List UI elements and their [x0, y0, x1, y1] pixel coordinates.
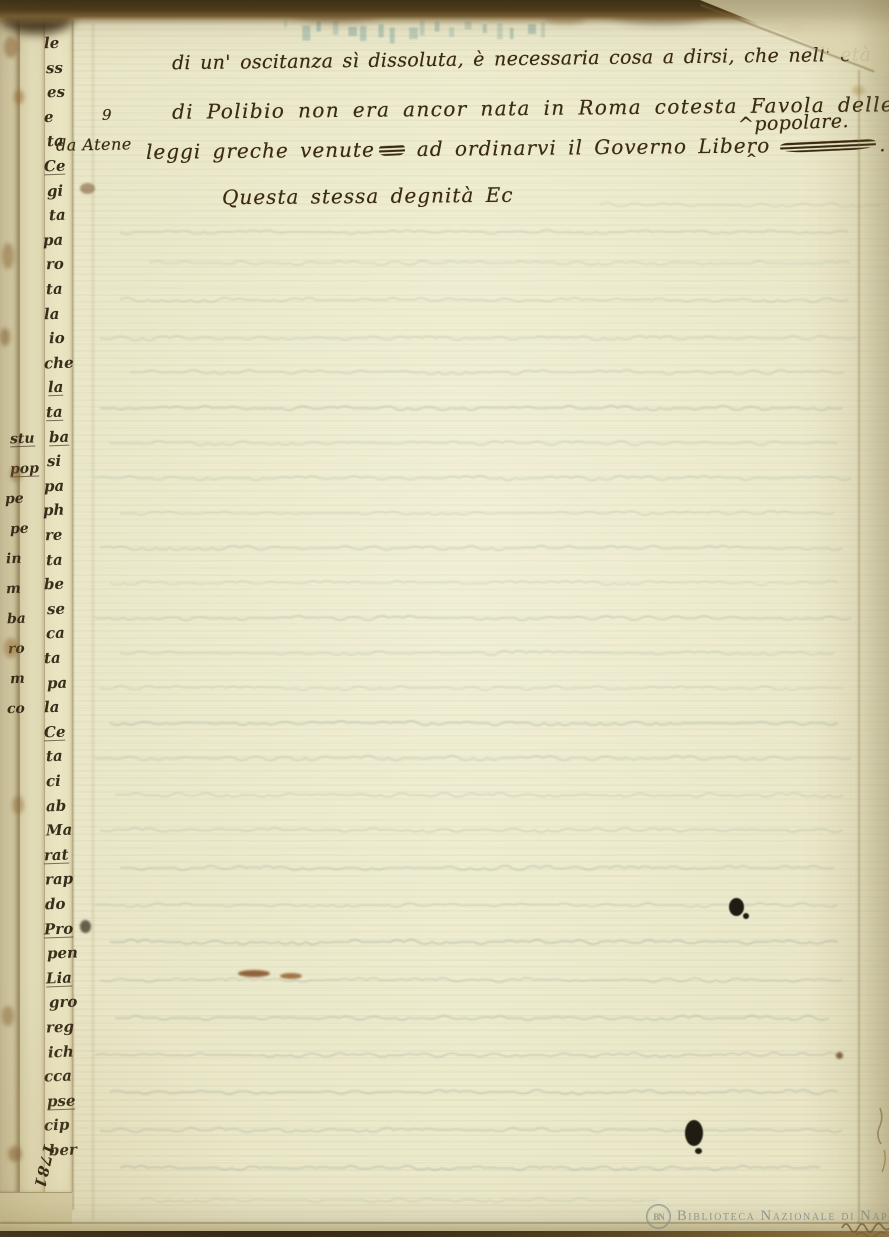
ink-blot	[743, 913, 749, 919]
ink-blot	[729, 898, 744, 916]
ghost-line	[100, 336, 856, 340]
ghost-line	[150, 261, 850, 265]
ghost-line	[110, 1090, 838, 1094]
ghost-print-heading	[390, 28, 395, 44]
ghost-print-heading	[360, 26, 367, 41]
ghost-line	[600, 203, 880, 207]
ghost-print-heading	[510, 28, 514, 39]
ghost-print-heading	[348, 27, 357, 36]
strikethrough-scribble-small	[379, 142, 406, 156]
library-monogram-icon: BN	[646, 1204, 671, 1229]
ghost-print-heading	[449, 27, 454, 37]
ghost-line	[140, 1198, 658, 1202]
margin-number: 9	[102, 106, 112, 124]
manuscript-line-3-part2: ad ordinarvi il Governo Libero	[417, 133, 771, 161]
ink-blot	[695, 1148, 702, 1154]
ghost-line	[95, 903, 837, 907]
binding-edge-outer-strip	[0, 20, 19, 1192]
ghost-line	[130, 370, 844, 374]
library-watermark: BN Biblioteca Nazionale di Napoli	[646, 1204, 889, 1229]
ghost-line	[115, 793, 843, 797]
caret-below-line: ^	[746, 152, 757, 168]
binding-edge-strip-b	[44, 20, 73, 1192]
manuscript-line-3-period: .	[879, 132, 887, 156]
ghost-line	[95, 756, 851, 761]
page-crease	[92, 24, 94, 1220]
ghost-line	[100, 1128, 842, 1132]
right-page-edge	[858, 70, 860, 1226]
manuscript-scan: lessesetaCegitaparotalaiochelatabasipaph…	[0, 0, 889, 1237]
ghost-line	[95, 476, 851, 480]
margin-note: da Atene	[56, 134, 132, 155]
interline-insertion: ^popolare.	[738, 110, 850, 137]
ghost-line	[110, 581, 838, 585]
ghost-line	[110, 721, 838, 725]
ghost-line	[95, 1053, 837, 1057]
insertion-text: popolare.	[754, 110, 849, 135]
ghost-line	[100, 828, 842, 832]
ghost-line	[100, 686, 842, 690]
binding-edge-strip-a	[19, 20, 45, 1192]
ghost-line	[110, 441, 838, 445]
ghost-line	[120, 298, 848, 302]
ghost-line	[120, 866, 834, 870]
stain	[80, 920, 91, 933]
library-label: Biblioteca Nazionale di Napoli	[677, 1208, 889, 1225]
stain	[238, 970, 270, 977]
ghost-line	[120, 511, 834, 515]
bottom-shadow-band	[0, 1231, 889, 1237]
ghost-line	[120, 230, 848, 234]
ghost-line	[100, 546, 842, 550]
ghost-print-heading	[409, 27, 418, 39]
manuscript-line-4: Questa stessa degnità Ec	[222, 183, 514, 210]
ghost-print-heading	[378, 24, 383, 37]
right-edge-scrawl	[882, 1150, 885, 1172]
ghost-line	[110, 940, 838, 944]
monogram-letters: BN	[653, 1212, 664, 1222]
manuscript-line-3: leggi greche venute ad ordinarvi il Gove…	[146, 132, 887, 164]
ghost-line	[120, 651, 834, 655]
ghost-line	[100, 978, 842, 982]
right-edge-scrawl	[878, 1108, 882, 1144]
ghost-line	[115, 1016, 829, 1020]
ink-blot	[685, 1120, 703, 1146]
ghost-line	[120, 1166, 820, 1170]
ghost-line	[95, 616, 851, 620]
manuscript-line-3-part1: leggi greche venute	[146, 137, 375, 163]
stain	[836, 1052, 843, 1059]
stain	[280, 973, 302, 979]
ghost-print-heading	[302, 25, 310, 40]
page-crease	[72, 20, 74, 1210]
strikethrough-scribble-large	[780, 136, 876, 153]
insertion-caret: ^	[738, 113, 755, 136]
manuscript-line-1: di un' oscitanza sì dissoluta, è necessa…	[172, 44, 871, 75]
ghost-line	[100, 406, 842, 410]
